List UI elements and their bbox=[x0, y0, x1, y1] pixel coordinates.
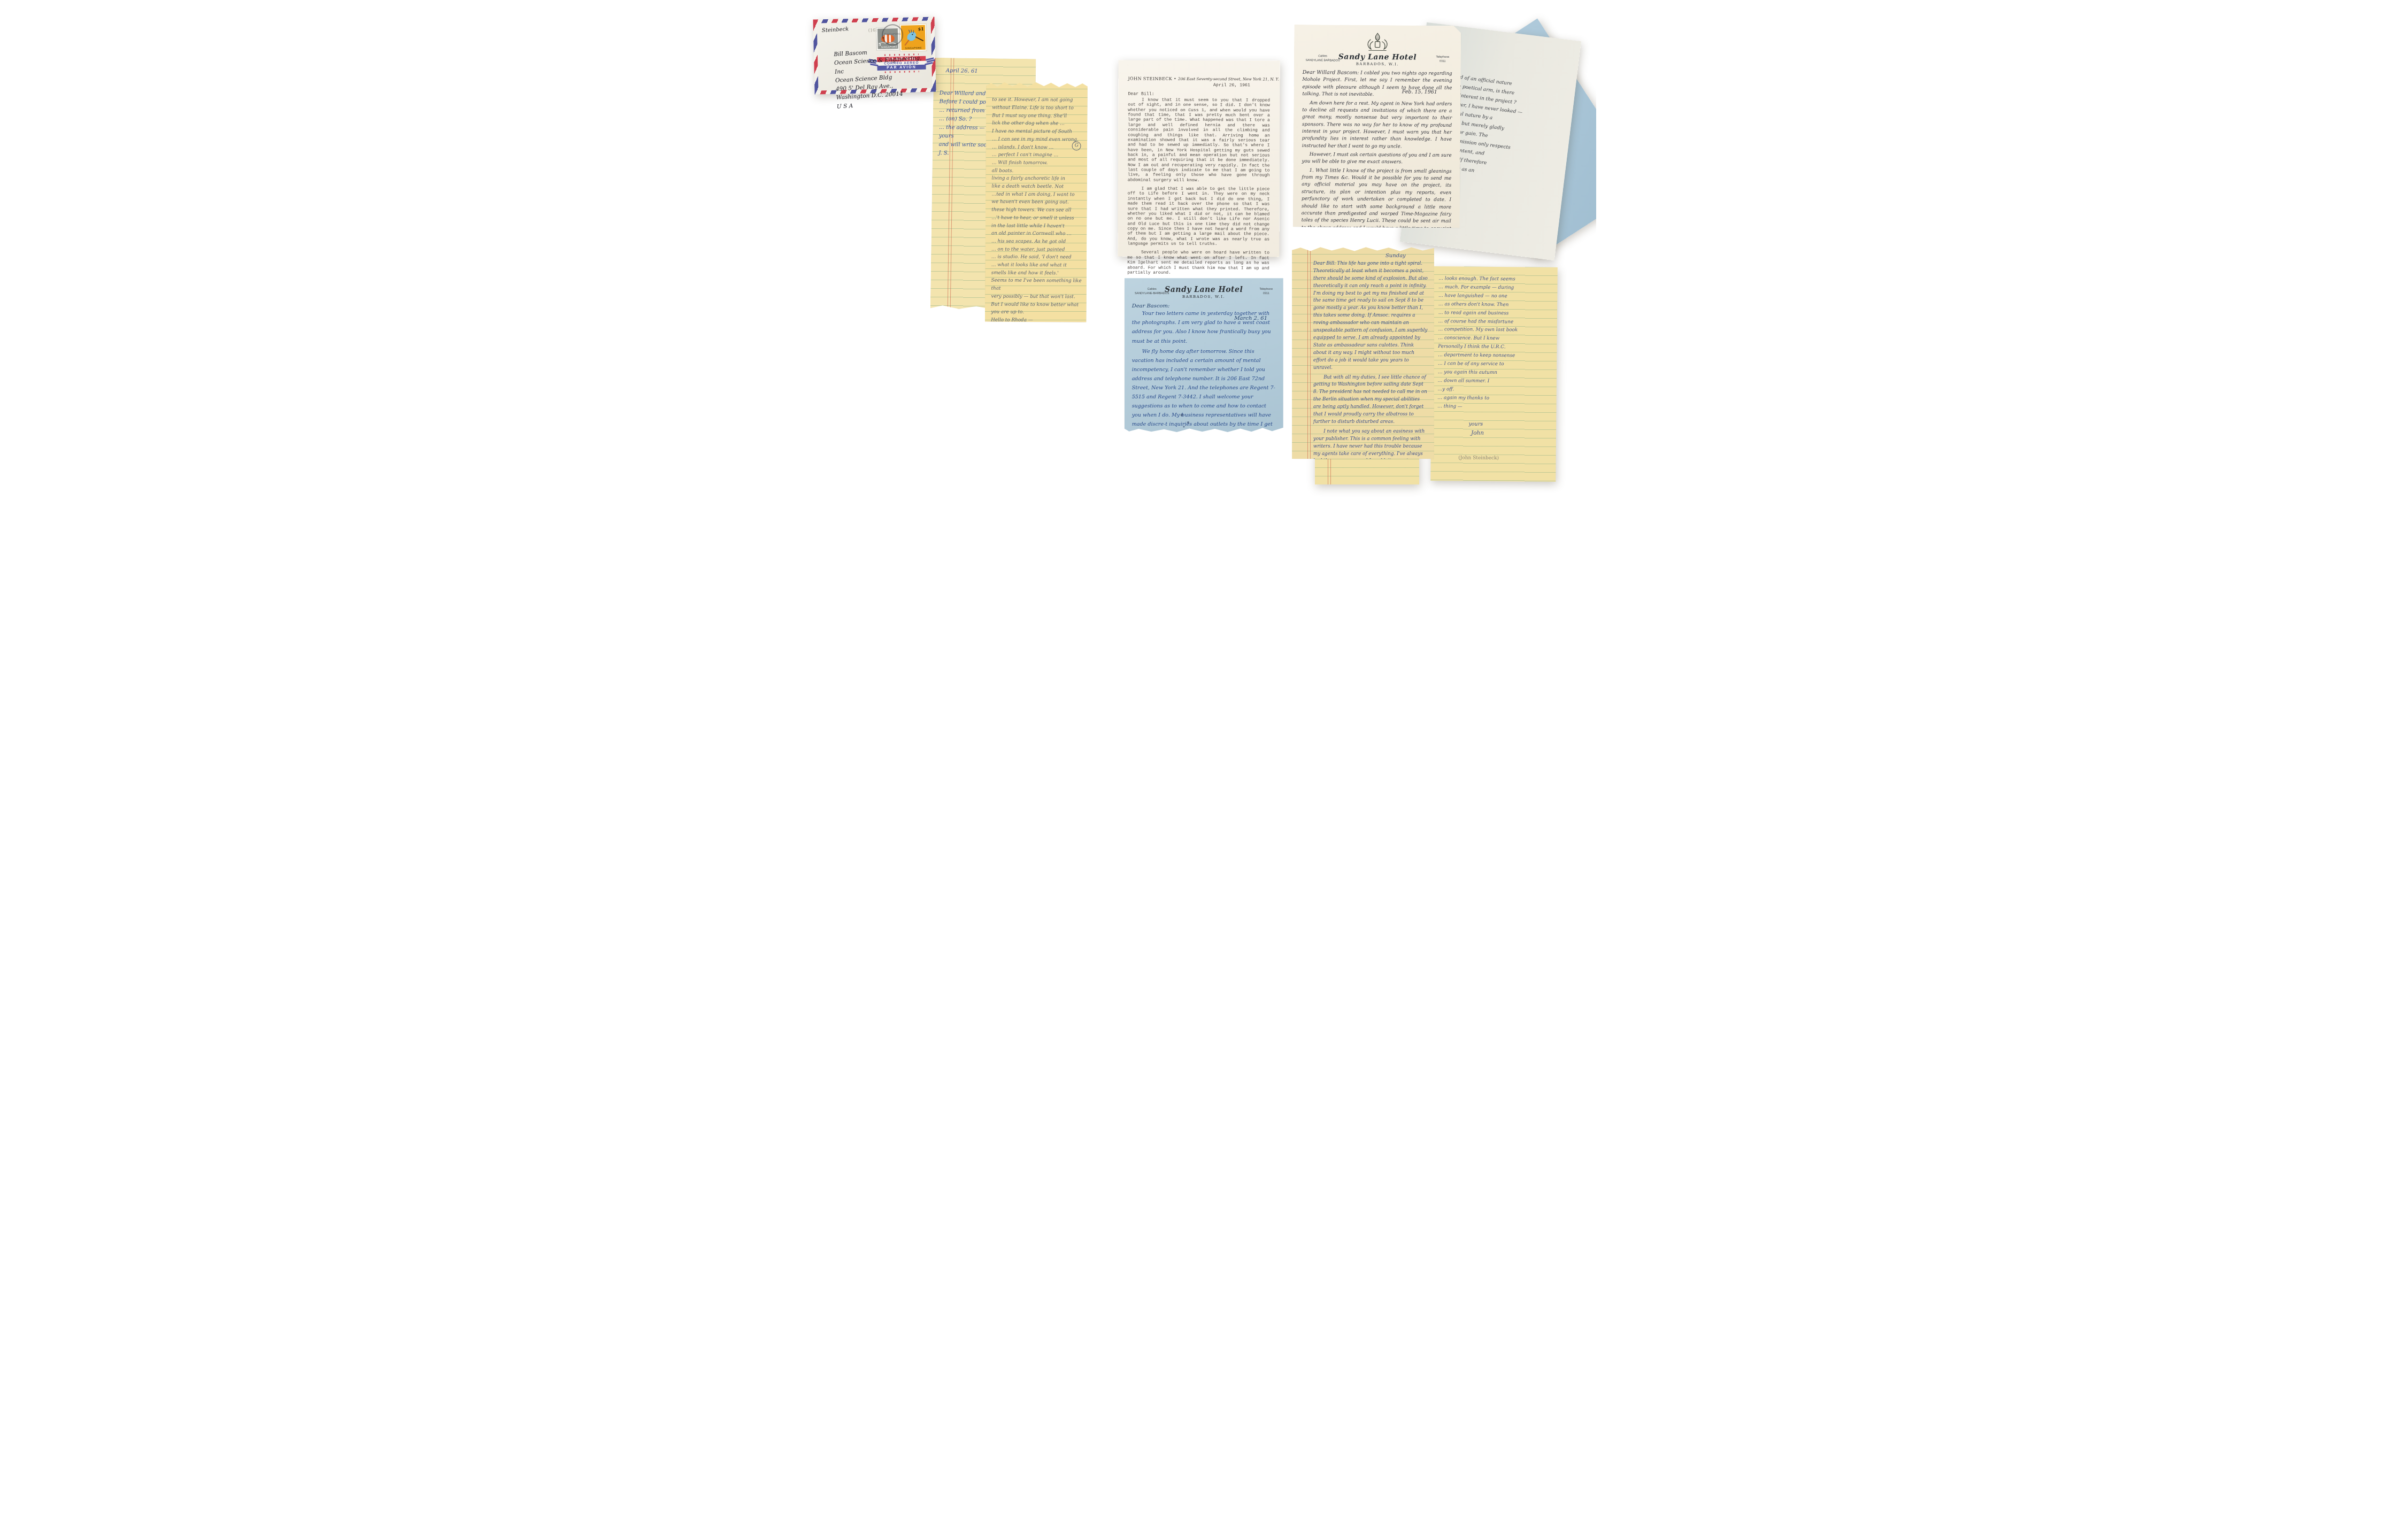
envelope-address: Bill Bascom Ocean Science & Engineering,… bbox=[834, 44, 934, 111]
letter-date: Feb. 15, 1961 bbox=[1402, 89, 1437, 95]
paragraph: Incidentally, it seems to me that your p… bbox=[1132, 476, 1276, 504]
paragraph: Your two letters came in yesterday toget… bbox=[1132, 309, 1276, 345]
paragraph: I'm told that all writers feel that thei… bbox=[1313, 512, 1428, 513]
paragraph: However, I must ask certain questions of… bbox=[1302, 151, 1452, 167]
cables-value: SANDYLANE BARBADOS bbox=[1306, 59, 1340, 62]
white-sandy-lane-letter: Cables SANDYLANE BARBADOS Telephone 0311… bbox=[1293, 25, 1461, 228]
envelope-face: Steinbeck (16) 5 SINGAPORE bbox=[817, 20, 932, 90]
cables-value: SANDYLANE-BARBADOS bbox=[1135, 292, 1169, 295]
envelope-sender-note: Steinbeck bbox=[821, 26, 849, 33]
telephone-label: Telephone bbox=[1436, 56, 1450, 59]
paragraph: Just as a side issue I seem to remember … bbox=[1132, 439, 1276, 475]
letterhead-text: Cables SANDYLANE BARBADOS Telephone 0311… bbox=[1303, 52, 1452, 67]
typed-steinbeck-letter: JOHN STEINBECK • 206 East Seventy-second… bbox=[1118, 60, 1280, 257]
hotel-letterhead: Cables SANDYLANE-BARBADOS Telephone 0311… bbox=[1132, 286, 1276, 299]
note-body: to see it. However, I am not going witho… bbox=[991, 96, 1084, 341]
paragraph: But with all my duties, I see little cha… bbox=[1313, 374, 1428, 426]
telephone-block: Telephone 0311 bbox=[1259, 288, 1273, 296]
letterhead-separator: • bbox=[1174, 76, 1176, 81]
salutation: Dear Willard Bascom: bbox=[1303, 70, 1359, 76]
blue-sandy-lane-letter: Cables SANDYLANE-BARBADOS Telephone 0311… bbox=[1125, 278, 1283, 433]
letters-collection-photo: Steinbeck (16) 5 SINGAPORE bbox=[798, 0, 1596, 513]
telephone-label: Telephone bbox=[1259, 288, 1273, 291]
hotel-letterhead: Cables SANDYLANE BARBADOS Telephone 0311… bbox=[1303, 31, 1452, 67]
yellow-note-second-page: G to see it. However, I am not going wit… bbox=[985, 80, 1088, 322]
letterhead-name: JOHN STEINBECK bbox=[1128, 76, 1172, 81]
paragraph: I know that it must seem to you that I d… bbox=[1128, 98, 1270, 183]
cables-block: Cables SANDYLANE BARBADOS bbox=[1306, 55, 1340, 63]
postmark-text: SINGAPORE bbox=[883, 33, 902, 36]
paragraph: Dear Bill: This life has gone into a tig… bbox=[1313, 260, 1428, 372]
cables-block: Cables SANDYLANE-BARBADOS bbox=[1135, 288, 1169, 296]
cables-label: Cables bbox=[1318, 55, 1327, 58]
closing: yours bbox=[1469, 421, 1483, 427]
paragraph: I'll be in touch. bbox=[1132, 505, 1276, 513]
telephone-block: Telephone 0311 bbox=[1436, 56, 1450, 64]
stamp-denomination: $1 bbox=[918, 26, 923, 31]
ruled-margin-line bbox=[1307, 246, 1311, 459]
ink-smear bbox=[1179, 412, 1200, 430]
paragraph: Am down here for a rest. My agent in New… bbox=[1302, 100, 1452, 151]
letter-heading: Sunday bbox=[1385, 253, 1406, 259]
letterhead-address: 206 East Seventy-second Street, New York… bbox=[1178, 76, 1279, 82]
cables-label: Cables bbox=[1148, 288, 1157, 291]
airmail-envelope: Steinbeck (16) 5 SINGAPORE bbox=[813, 17, 936, 94]
letter-date: April 26, 1961 bbox=[1128, 83, 1250, 88]
sandy-lane-crest-icon bbox=[1360, 32, 1395, 53]
sunday-letter-page: Sunday Dear Bill: This life has gone int… bbox=[1292, 246, 1434, 459]
paragraph: I am glad that I was able to get the lit… bbox=[1127, 187, 1269, 247]
letter-date: March 2, 61 bbox=[1234, 315, 1267, 321]
salutation: Dear Bascom: bbox=[1132, 303, 1276, 309]
paragraph: We fly home day after tomorrow. Since th… bbox=[1132, 347, 1276, 438]
pencil-identification-note: (John Steinbeck) bbox=[1459, 456, 1499, 461]
last-yellow-page: … looks enough. The fact seems … much. F… bbox=[1431, 266, 1558, 482]
note-date: April 26, 61 bbox=[946, 68, 978, 74]
handwriting-fragments: … looks enough. The fact seems … much. F… bbox=[1438, 275, 1553, 412]
paragraph: Several people who were on board have wr… bbox=[1127, 250, 1269, 276]
salutation: Dear Bill: bbox=[1128, 92, 1270, 97]
telephone-value: 0311 bbox=[1440, 59, 1446, 63]
letterhead: JOHN STEINBECK • 206 East Seventy-second… bbox=[1128, 76, 1270, 82]
ink-signature: John bbox=[1471, 430, 1484, 436]
telephone-value: 0311 bbox=[1263, 292, 1269, 295]
